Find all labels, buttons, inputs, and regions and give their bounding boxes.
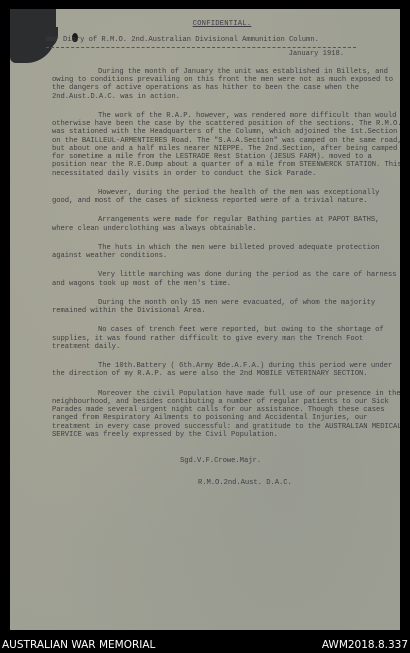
signature: Sgd.V.F.Crowe.Majr. (180, 457, 400, 465)
dashed-rule (46, 45, 356, 48)
accession-number: AWM2018.8.337 (322, 639, 408, 651)
paragraph: The huts in which the men were billeted … (52, 244, 400, 261)
document-subheading: War Diary of R.M.O. 2nd.Australian Divis… (46, 36, 400, 44)
paragraph: The work of the R.A.P. however, was rend… (52, 112, 400, 178)
paragraph: Arrangements were made for regular Bathi… (52, 216, 400, 233)
footer: AUSTRALIAN WAR MEMORIAL AWM2018.8.337 (0, 638, 410, 653)
paragraph: The 10th.Battery ( 6th.Army Bde.A.F.A.) … (52, 362, 400, 379)
paragraph: Moreover the civil Population have made … (52, 390, 400, 440)
signature-title: R.M.O.2nd.Aust. D.A.C. (198, 479, 400, 487)
paragraph: No cases of trench feet were reported, b… (52, 326, 400, 351)
document-page: CONFIDENTIAL. War Diary of R.M.O. 2nd.Au… (10, 9, 400, 630)
paragraph: Very little marching was done during the… (52, 271, 400, 288)
document-heading: CONFIDENTIAL. (40, 20, 400, 28)
institution-label: AUSTRALIAN WAR MEMORIAL (2, 639, 155, 651)
paragraph: During the month only 15 men were evacua… (52, 299, 400, 316)
paragraph: However, during the period the health of… (52, 189, 400, 206)
typed-text: CONFIDENTIAL. War Diary of R.M.O. 2nd.Au… (52, 20, 400, 488)
paragraph: During the month of January the unit was… (52, 68, 400, 101)
document-date: January 1918. (52, 50, 400, 58)
